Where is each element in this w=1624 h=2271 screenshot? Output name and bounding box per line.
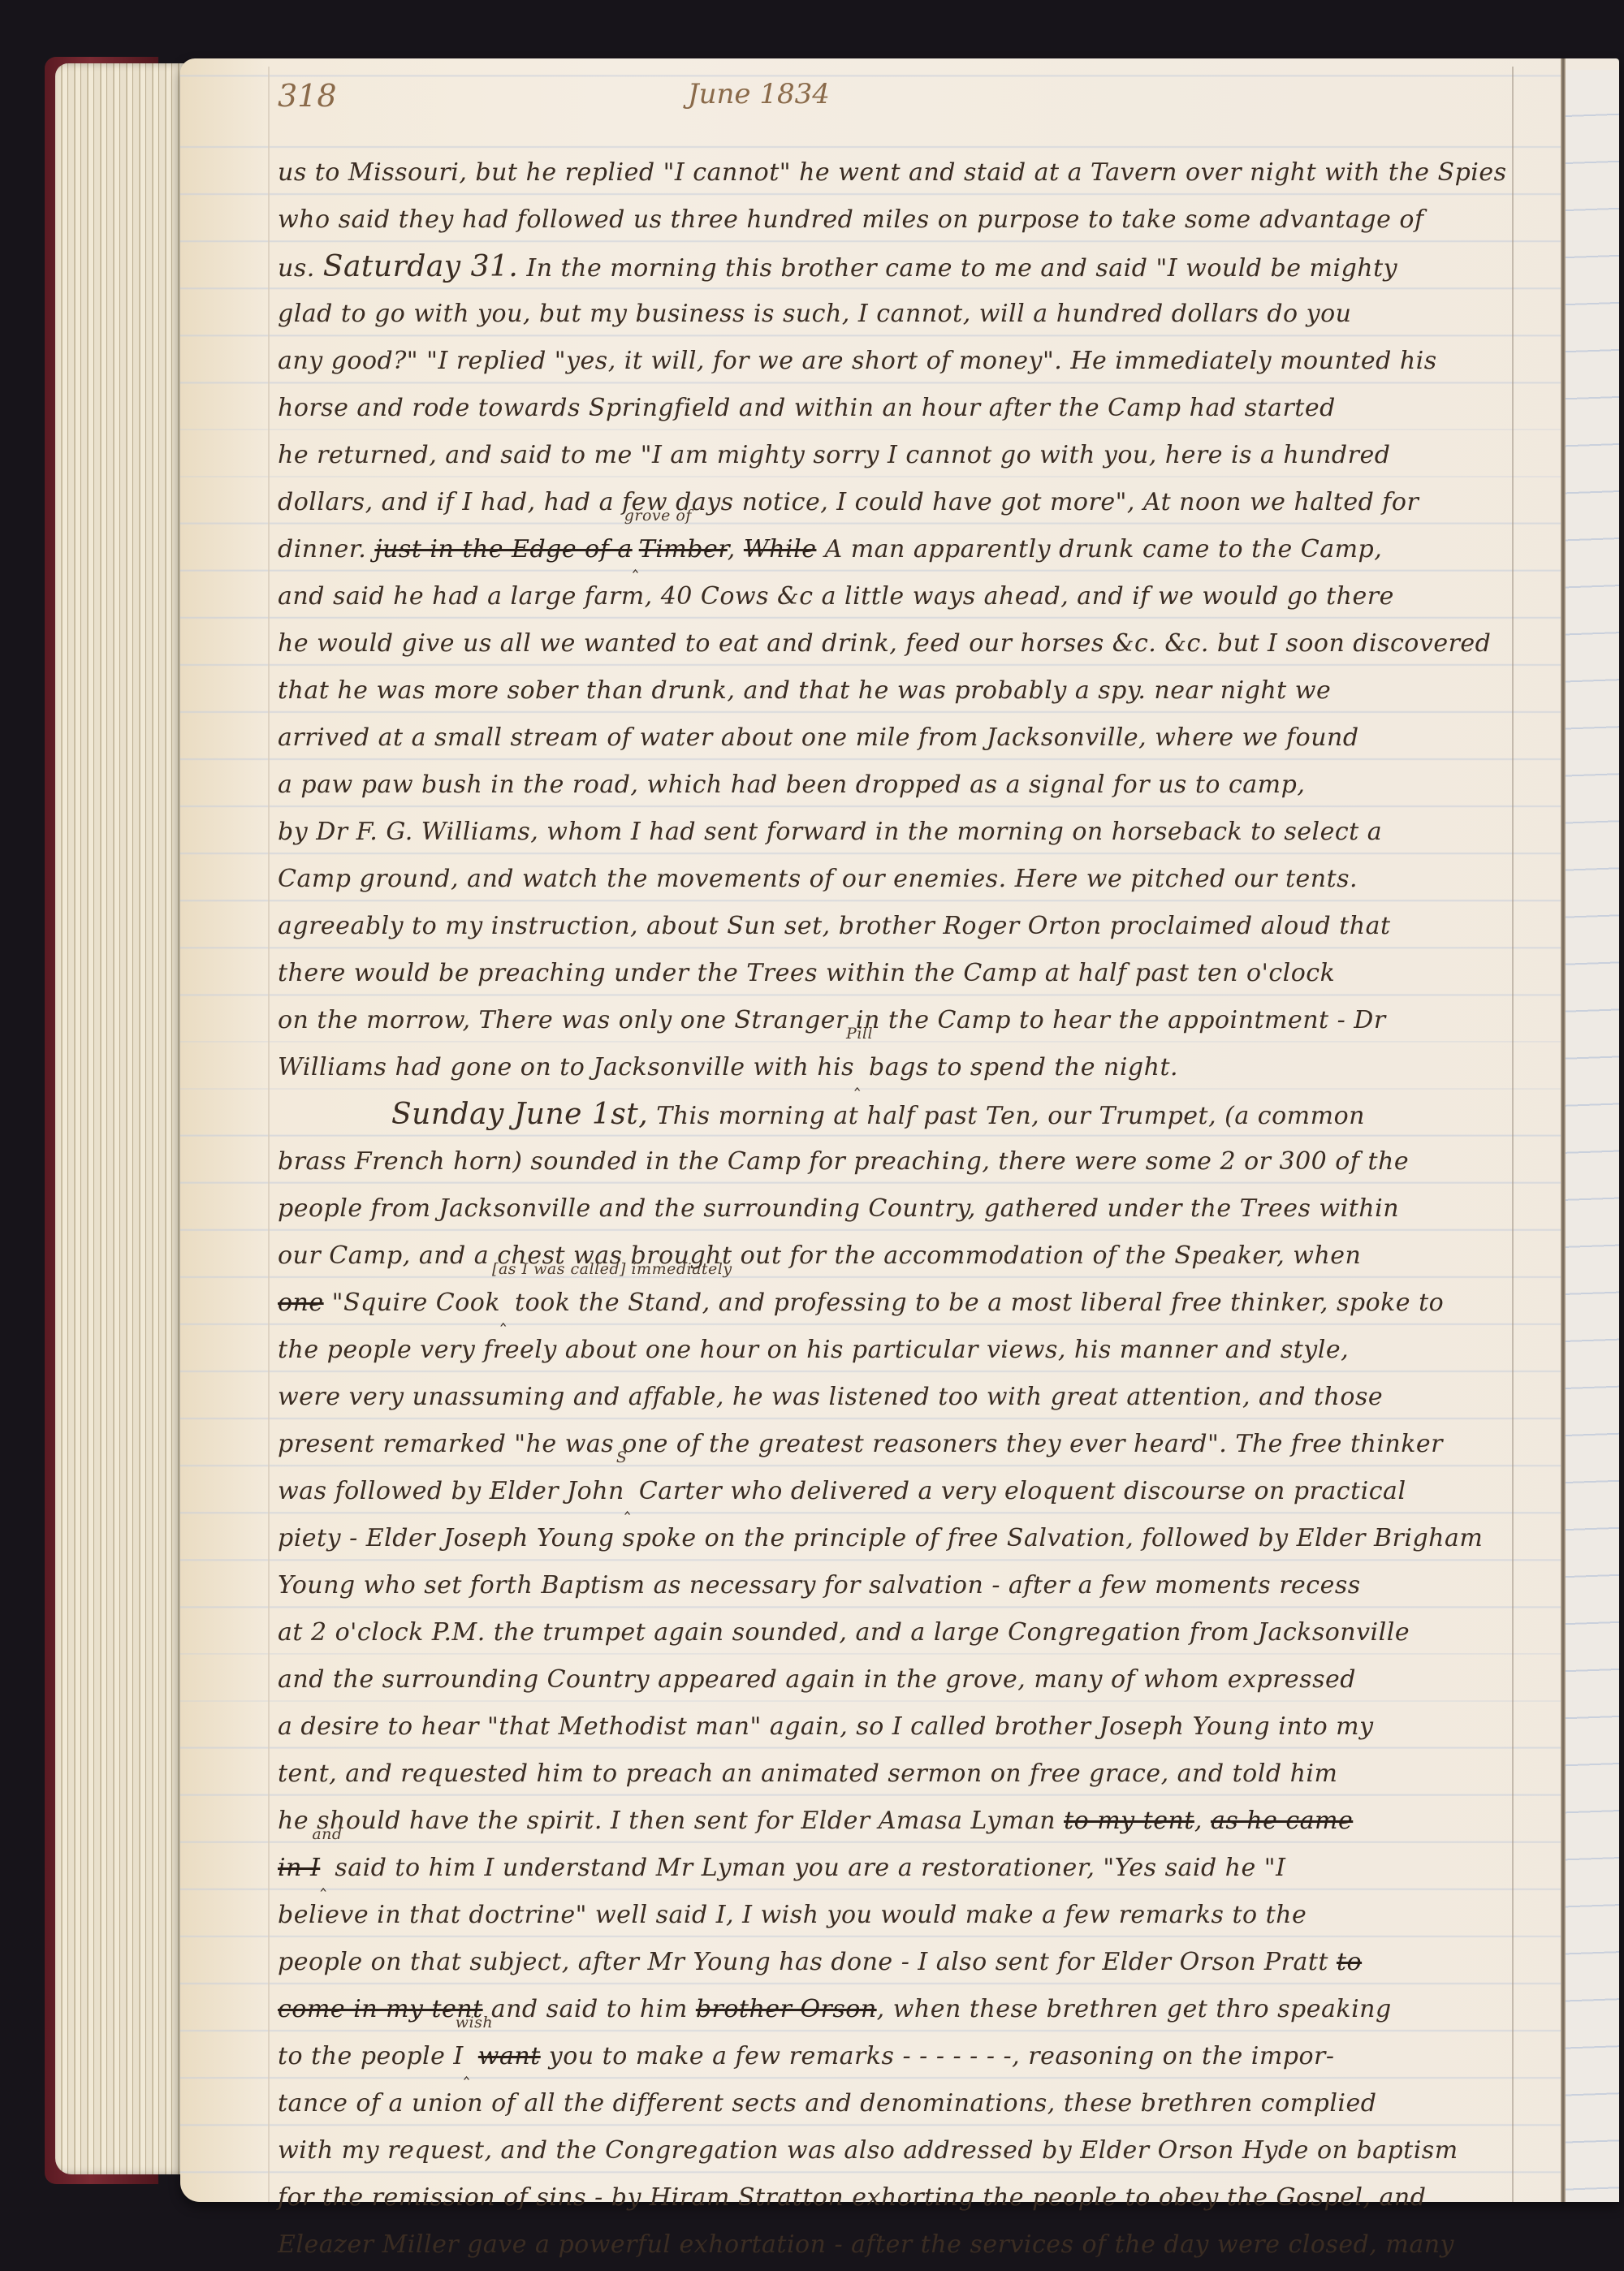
text-line: Sunday June 1st, This morning at half pa… [278,1091,1504,1138]
text-segment: who said they had followed us three hund… [278,205,1424,234]
text-line: arrived at a small stream of water about… [278,715,1504,762]
text-segment: any good?" "I replied "yes, it will, for… [278,347,1437,375]
text-line: Camp ground, and watch the movements of … [278,856,1504,903]
text-segment: present remarked "he was one of the grea… [278,1430,1443,1458]
text-segment: dinner. [278,535,374,563]
text-line: and the surrounding Country appeared aga… [278,1656,1504,1703]
text-line: at 2 o'clock P.M. the trumpet again soun… [278,1609,1504,1656]
caret-icon: ‸ [854,1071,861,1091]
text-segment: piety - Elder Joseph Young spoke on the … [278,1524,1483,1552]
journal-page: 318 June 1834 us to Missouri, but he rep… [180,58,1619,2202]
text-segment: people from Jacksonville and the surroun… [278,1194,1399,1223]
text-line: to the people Iwish‸ want you to make a … [278,2033,1504,2080]
text-line: one "Squire Cook[as I was called] immedi… [278,1280,1504,1327]
text-line: us to Missouri, but he replied "I cannot… [278,149,1504,196]
text-line: the people very freely about one hour on… [278,1327,1504,1374]
text-line: believe in that doctrine" well said I, I… [278,1892,1504,1939]
text-segment: to the people I [278,2042,464,2070]
text-segment: glad to go with you, but my business is … [278,300,1351,328]
text-segment: brass French horn) sounded in the Camp f… [278,1147,1409,1176]
text-line: dinner. just in the Edge of agrove of‸Ti… [278,526,1504,573]
text-line: who said they had followed us three hund… [278,196,1504,244]
text-line: glad to go with you, but my business is … [278,291,1504,338]
text-segment: a paw paw bush in the road, which had be… [278,771,1305,799]
struck-text: one [278,1289,324,1317]
struck-text: want [478,2042,541,2070]
text-segment: believe in that doctrine" well said I, I… [278,1901,1307,1929]
caret-icon: ‸ [633,553,639,573]
text-segment: horse and rode towards Springfield and w… [278,394,1336,422]
text-segment: us. [278,254,323,283]
interlinear-insertion: S [616,1434,628,1481]
text-segment: was followed by Elder John [278,1477,624,1505]
text-line: on the morrow, There was only one Strang… [278,997,1504,1044]
interlinear-insertion: wish [456,1999,493,2046]
text-segment: and said he had a large farm, 40 Cows &c… [278,582,1394,611]
text-line: for the remission of sins - by Hiram Str… [278,2174,1504,2221]
text-segment: Eleazer Miller gave a powerful exhortati… [278,2230,1454,2259]
text-segment: that he was more sober than drunk, and t… [278,676,1331,705]
text-segment: he would give us all we wanted to eat an… [278,629,1491,658]
text-line: there would be preaching under the Trees… [278,950,1504,997]
text-segment: for the remission of sins - by Hiram Str… [278,2183,1426,2212]
text-line: people on that subject, after Mr Young h… [278,1939,1504,1986]
interlinear-insertion: [as I was called] immediately [492,1246,732,1293]
interlinear-insertion: grove of [624,492,692,539]
struck-text: brother Orson [696,1995,877,2023]
struck-text: to my tent [1064,1807,1194,1835]
journal-text: us to Missouri, but he replied "I cannot… [278,149,1504,2269]
text-segment: tance of a union of all the different se… [278,2089,1376,2118]
text-segment: took the Stand, and professing to be a m… [507,1289,1444,1317]
text-line: in Iand‸ said to him I understand Mr Lym… [278,1845,1504,1892]
page-number: 318 [278,78,337,114]
text-line: any good?" "I replied "yes, it will, for… [278,338,1504,385]
text-segment: agreeably to my instruction, about Sun s… [278,912,1391,940]
struck-text: come in my tent [278,1995,483,2023]
text-segment: Camp ground, and watch the movements of … [278,865,1358,893]
text-segment: on the morrow, There was only one Strang… [278,1006,1386,1034]
text-segment: "Squire Cook [324,1289,500,1317]
text-line: our Camp, and a chest was brought out fo… [278,1233,1504,1280]
text-line: and said he had a large farm, 40 Cows &c… [278,573,1504,620]
text-line: by Dr F. G. Williams, whom I had sent fo… [278,809,1504,856]
struck-text: just in the Edge of a [374,535,632,563]
text-line: was followed by Elder JohnS‸ Carter who … [278,1468,1504,1515]
page-edges [55,63,193,2174]
text-line: he returned, and said to me "I am mighty… [278,432,1504,479]
page-header: 318 June 1834 [278,78,1496,127]
text-segment: us to Missouri, but he replied "I cannot… [278,158,1507,187]
text-segment: arrived at a small stream of water about… [278,723,1359,752]
day-heading: Saturday 31. [323,250,519,283]
text-line: that he was more sober than drunk, and t… [278,667,1504,715]
text-line: present remarked "he was one of the grea… [278,1421,1504,1468]
text-segment: by Dr F. G. Williams, whom I had sent fo… [278,818,1382,846]
text-segment: , when these brethren get thro speaking [877,1995,1392,2023]
struck-text: Timber [639,535,728,563]
margin-line [268,67,270,2202]
text-segment: with my request, and the Congregation wa… [278,2136,1458,2165]
text-segment: bags to spend the night. [861,1053,1178,1082]
text-line: tent, and requested him to preach an ani… [278,1751,1504,1798]
text-line: Williams had gone on to Jacksonville wit… [278,1044,1504,1091]
text-line: us. Saturday 31. In the morning this bro… [278,244,1504,291]
text-line: he would give us all we wanted to eat an… [278,620,1504,667]
text-segment: A man apparently drunk came to the Camp, [816,535,1382,563]
text-segment: he returned, and said to me "I am mighty… [278,441,1390,469]
right-margin-line [1512,67,1514,2202]
text-line: a paw paw bush in the road, which had be… [278,762,1504,809]
caret-icon: ‸ [500,1306,507,1327]
struck-text: While [744,535,817,563]
text-segment: tent, and requested him to preach an ani… [278,1759,1337,1788]
date-header: June 1834 [688,78,830,110]
text-segment: said to him I understand Mr Lyman you ar… [326,1854,1285,1882]
text-line: agreeably to my instruction, about Sun s… [278,903,1504,950]
text-line: piety - Elder Joseph Young spoke on the … [278,1515,1504,1562]
text-segment: at 2 o'clock P.M. the trumpet again soun… [278,1618,1410,1647]
text-line: dollars, and if I had, had a few days no… [278,479,1504,526]
struck-text: as he came [1211,1807,1353,1835]
struck-text: in I [278,1854,320,1882]
text-segment: , [728,535,744,563]
text-segment [470,2042,478,2070]
text-segment: our Camp, and a chest was brought out fo… [278,1241,1361,1270]
text-segment: and said to him [483,1995,696,2023]
text-segment: people on that subject, after Mr Young h… [278,1948,1337,1976]
struck-text: to [1337,1948,1362,1976]
interlinear-insertion: and [312,1811,342,1858]
text-segment: you to make a few remarks - - - - - - -,… [541,2042,1335,2070]
text-segment: , [1194,1807,1211,1835]
text-segment: there would be preaching under the Trees… [278,959,1335,987]
text-segment: were very unassuming and affable, he was… [278,1383,1383,1411]
text-line: were very unassuming and affable, he was… [278,1374,1504,1421]
interlinear-insertion: Pill [846,1010,873,1057]
caret-icon: ‸ [464,2060,470,2080]
text-segment: and the surrounding Country appeared aga… [278,1665,1356,1694]
text-line: tance of a union of all the different se… [278,2080,1504,2127]
caret-icon: ‸ [624,1495,631,1515]
text-line: people from Jacksonville and the surroun… [278,1185,1504,1233]
text-segment: This morning at half past Ten, our Trump… [648,1102,1365,1130]
facing-page [1566,70,1619,2202]
text-segment: In the morning this brother came to me a… [518,254,1397,283]
day-heading: Sunday June 1st, [391,1098,648,1131]
text-line: Young who set forth Baptism as necessary… [278,1562,1504,1609]
text-line: brass French horn) sounded in the Camp f… [278,1138,1504,1185]
text-line: he should have the spirit. I then sent f… [278,1798,1504,1845]
text-segment: Young who set forth Baptism as necessary… [278,1571,1361,1600]
text-line: a desire to hear "that Methodist man" ag… [278,1703,1504,1751]
text-line: horse and rode towards Springfield and w… [278,385,1504,432]
text-segment: Carter who delivered a very eloquent dis… [631,1477,1406,1505]
text-segment: Williams had gone on to Jacksonville wit… [278,1053,854,1082]
text-segment: he should have the spirit. I then sent f… [278,1807,1064,1835]
text-segment: a desire to hear "that Methodist man" ag… [278,1712,1374,1741]
text-segment: dollars, and if I had, had a few days no… [278,488,1419,516]
text-line: Eleazer Miller gave a powerful exhortati… [278,2221,1504,2269]
text-line: with my request, and the Congregation wa… [278,2127,1504,2174]
text-segment: the people very freely about one hour on… [278,1336,1349,1364]
